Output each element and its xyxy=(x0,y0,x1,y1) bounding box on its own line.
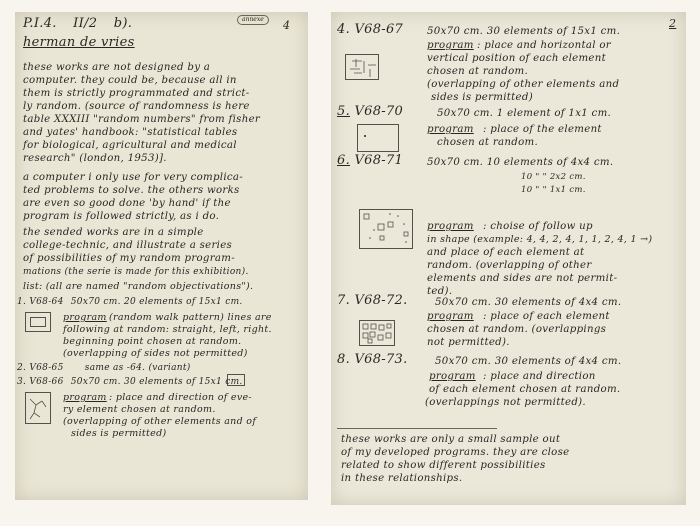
item-entry: 7. V68-72. xyxy=(337,295,408,307)
program-line: and place of each element at xyxy=(427,247,584,259)
item-spec: 50x70 cm. 20 elements of 15x1 cm. xyxy=(71,297,243,307)
body-line: ly random. (source of randomness is here xyxy=(23,101,250,113)
program-label: program xyxy=(427,40,474,52)
program-line: chosen at random. xyxy=(437,137,538,149)
item-code: V68-72. xyxy=(354,293,407,308)
program-line: of each element chosen at random. xyxy=(429,384,620,396)
branch-lines-icon xyxy=(26,393,50,423)
item-spec-line: 10 " " 1x1 cm. xyxy=(521,184,586,196)
program-line: not permitted). xyxy=(427,337,510,349)
body-line: college-technic, and illustrate a series xyxy=(23,240,232,252)
section-text: II/2 xyxy=(73,16,97,31)
program-line: sides is permitted) xyxy=(71,428,166,440)
program-line: sides is permitted) xyxy=(431,92,533,104)
item-spec: 50x70 cm. 30 elements of 15x1 cm. xyxy=(71,377,243,387)
program-line: : place of each element xyxy=(483,311,610,323)
body-line: these works are not designed by a xyxy=(23,62,210,74)
program-label: program xyxy=(429,371,476,383)
page-number: 2 xyxy=(669,18,676,30)
body-line: mations (the serie is made for this exhi… xyxy=(23,266,249,278)
right-manuscript-page: 2 4. V68-67 50x70 cm. 30 elements of 15x… xyxy=(331,12,686,505)
closing-line: related to show different possibilities xyxy=(341,460,546,472)
author-name: herman de vries xyxy=(23,37,135,49)
item-code: V68-64 xyxy=(29,297,63,307)
item-code: V68-66 xyxy=(29,377,63,387)
item-spec: 50x70 cm. 10 elements of 4x4 cm. xyxy=(427,157,613,169)
item-number: 5. xyxy=(337,104,350,119)
item-number: 2. xyxy=(17,363,26,373)
pattern-sketch-icon xyxy=(25,312,51,332)
program-line: (overlapping of other elements and of xyxy=(63,416,256,428)
item-number: 6. xyxy=(337,153,350,168)
program-line: vertical position of each element xyxy=(427,53,606,65)
program-line: ry element chosen at random. xyxy=(63,404,216,416)
item-entry: 5. V68-70 xyxy=(337,106,403,118)
item-code: V68-71 xyxy=(354,153,403,168)
scattered-squares-icon xyxy=(360,210,412,248)
program-line: following at random: straight, left, rig… xyxy=(63,324,272,336)
left-manuscript-page: P.I.4. II/2 b). annexe 4 herman de vries… xyxy=(15,12,308,500)
grid-squares-sketch-icon xyxy=(359,320,395,346)
closing-line: these works are only a small sample out xyxy=(341,434,560,446)
closing-line: of my developed programs. they are close xyxy=(341,447,569,459)
item-number: 1. xyxy=(17,297,26,307)
body-line: a computer i only use for very complica- xyxy=(23,172,243,184)
body-line: for biological, agricultural and medical xyxy=(23,140,237,152)
item-code: V68-73. xyxy=(354,352,407,367)
program-line: in shape (example: 4, 4, 2, 4, 1, 1, 2, … xyxy=(427,234,652,246)
item-spec: 50x70 cm. 1 element of 1x1 cm. xyxy=(437,108,611,120)
item-spec-line: 10 " " 2x2 cm. xyxy=(521,171,586,183)
branching-pattern-sketch-icon xyxy=(25,392,51,424)
item-code: V68-70 xyxy=(354,104,403,119)
ref-text: P.I.4. xyxy=(23,16,57,31)
program-label: program xyxy=(427,124,474,136)
program-line: : place and direction xyxy=(483,371,596,383)
item-code: V68-65 xyxy=(29,363,63,373)
program-line: (overlappings not permitted). xyxy=(425,397,586,409)
program-line: : place of the element xyxy=(483,124,602,136)
body-line: research" (london, 1953)]. xyxy=(23,153,167,165)
cross-lines-icon xyxy=(346,55,378,79)
page-reference: P.I.4. II/2 b). xyxy=(23,18,132,30)
program-line: (random walk pattern) lines are xyxy=(109,312,272,324)
item-number: 4. xyxy=(337,22,350,37)
item-entry: 1. V68-64 50x70 cm. 20 elements of 15x1 … xyxy=(17,296,243,308)
item-number: 8. xyxy=(337,352,350,367)
program-label: program xyxy=(427,221,474,233)
single-element-sketch-icon xyxy=(357,124,399,152)
item-spec: 50x70 cm. 30 elements of 4x4 cm. xyxy=(435,356,621,368)
divider-line xyxy=(337,428,497,429)
program-line: (overlapping of other elements and xyxy=(427,79,619,91)
item-entry: 8. V68-73. xyxy=(337,354,408,366)
body-line: are even so good done 'by hand' if the xyxy=(23,198,231,210)
sub-text: b). xyxy=(114,16,132,31)
program-line: : place and direction of eve- xyxy=(109,392,252,404)
item-entry: 3. V68-66 50x70 cm. 30 elements of 15x1 … xyxy=(17,376,243,388)
program-label: program xyxy=(427,311,474,323)
grid-squares-icon xyxy=(360,321,394,345)
list-heading: list: (all are named "random objectivati… xyxy=(23,281,253,293)
stamp-number: 4 xyxy=(283,20,290,32)
program-line: : choise of follow up xyxy=(483,221,593,233)
body-line: of possibilities of my random program- xyxy=(23,253,235,265)
item-entry: 4. V68-67 xyxy=(337,24,403,36)
program-label: program xyxy=(63,392,107,404)
annexe-stamp: annexe xyxy=(237,15,269,25)
program-line: elements and sides are not permit- xyxy=(427,273,617,285)
body-line: table XXXIII "random numbers" from fishe… xyxy=(23,114,260,126)
body-line: ted problems to solve. the others works xyxy=(23,185,240,197)
program-line: chosen at random. xyxy=(427,66,528,78)
item-code: V68-67 xyxy=(354,22,403,37)
scattered-squares-sketch-icon xyxy=(359,209,413,249)
item-spec: same as -64. (variant) xyxy=(85,363,191,373)
item-entry: 2. V68-65 same as -64. (variant) xyxy=(17,362,191,374)
closing-line: in these relationships. xyxy=(341,473,462,485)
program-line: random. (overlapping of other xyxy=(427,260,592,272)
program-line: beginning point chosen at random. xyxy=(63,336,241,348)
item-number: 7. xyxy=(337,293,350,308)
body-line: them is strictly programmated and strict… xyxy=(23,88,249,100)
item-spec: 50x70 cm. 30 elements of 15x1 cm. xyxy=(427,26,620,38)
program-label: program xyxy=(63,312,107,324)
body-line: program is followed strictly, as i do. xyxy=(23,211,219,223)
item-spec: 50x70 cm. 30 elements of 4x4 cm. xyxy=(435,297,621,309)
body-line: the sended works are in a simple xyxy=(23,227,204,239)
program-line: : place and horizontal or xyxy=(477,40,611,52)
body-line: computer. they could be, because all in xyxy=(23,75,237,87)
item-entry: 6. V68-71 xyxy=(337,155,403,167)
program-line: (overlapping of sides not permitted) xyxy=(63,348,248,360)
grid-pattern-sketch-icon xyxy=(345,54,379,80)
program-line: chosen at random. (overlappings xyxy=(427,324,606,336)
body-line: and yates' handbook: "statistical tables xyxy=(23,127,237,139)
item-number: 3. xyxy=(17,377,26,387)
